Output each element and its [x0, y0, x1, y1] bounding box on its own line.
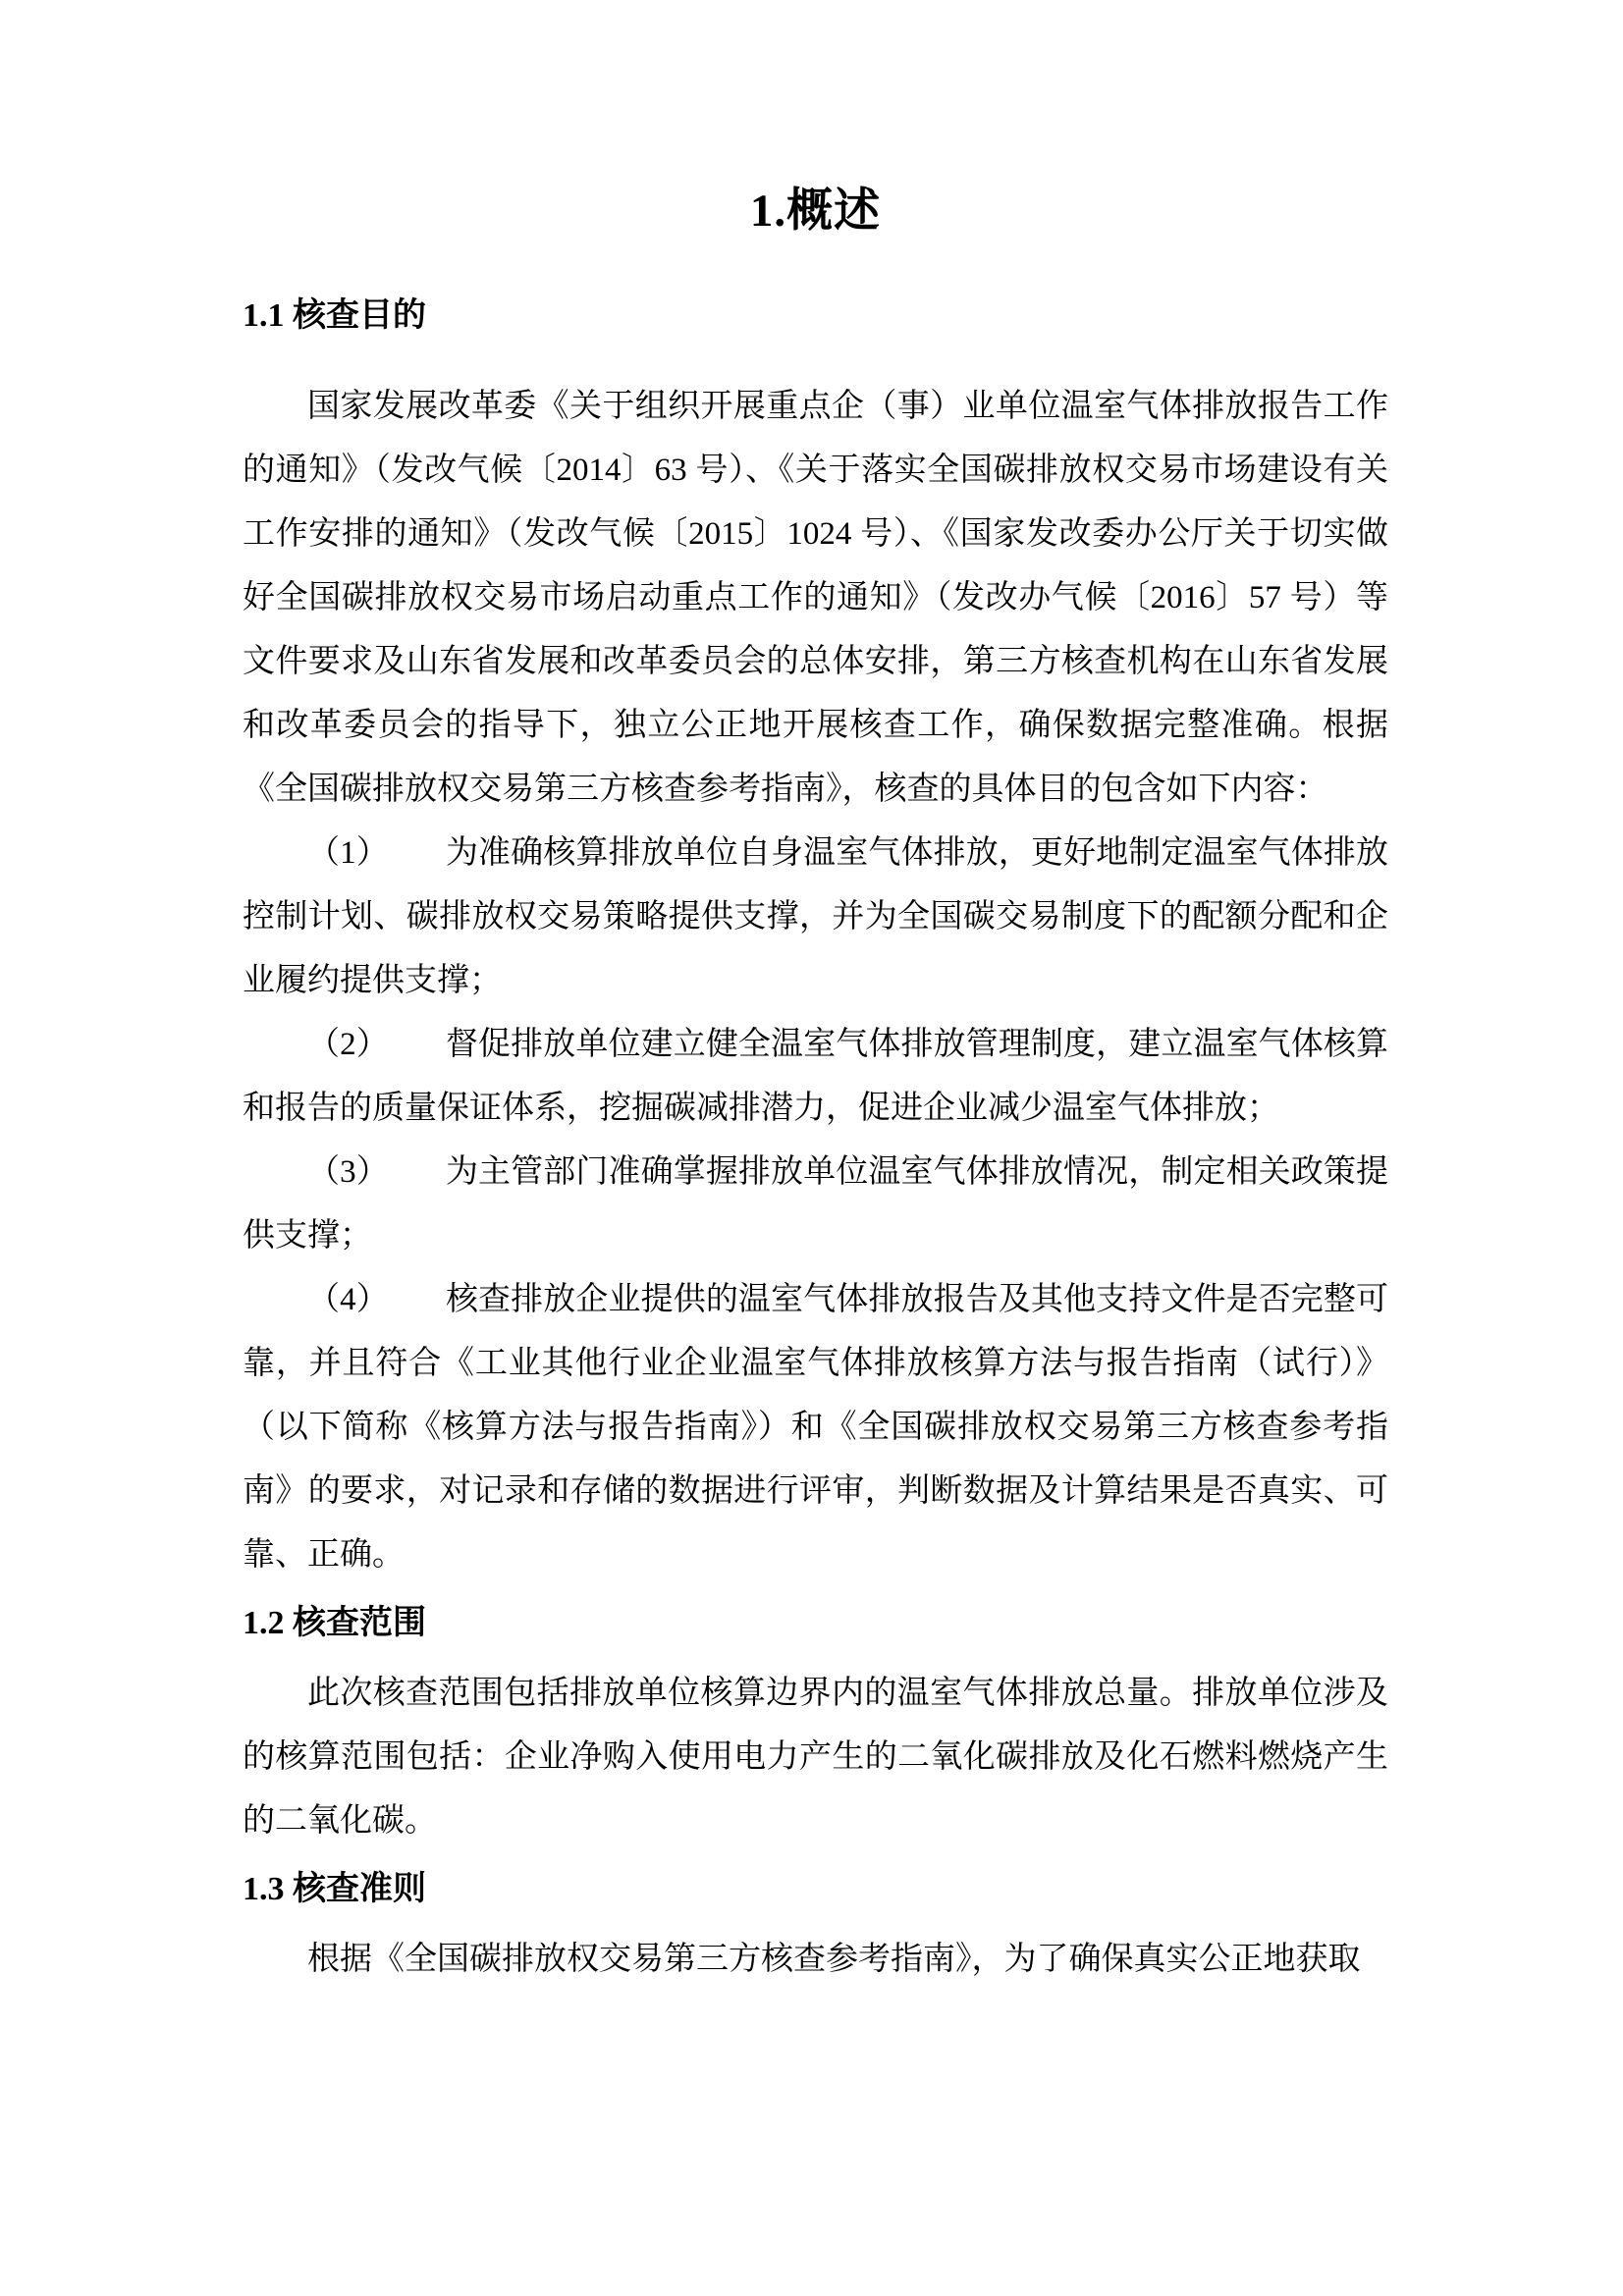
list-item-4-marker: （4） — [307, 1282, 389, 1317]
list-item-2-text: 督促排放单位建立健全温室气体排放管理制度，建立温室气体核算和报告的质量保证体系，… — [243, 1027, 1388, 1126]
document-page: 1.概述 1.1 核查目的 国家发展改革委《关于组织开展重点企（事）业单位温室气… — [0, 0, 1623, 2296]
section-heading-1-3: 1.3 核查准则 — [243, 1867, 1388, 1912]
list-item-3-text: 为主管部门准确掌握排放单位温室气体排放情况，制定相关政策提供支撑； — [243, 1154, 1388, 1254]
paragraph-verification-purpose: 国家发展改革委《关于组织开展重点企（事）业单位温室气体排放报告工作的通知》（发改… — [243, 375, 1388, 822]
paragraph-verification-criteria: 根据《全国碳排放权交易第三方核查参考指南》，为了确保真实公正地获取 — [243, 1928, 1388, 1992]
list-item-4: （4）核查排放企业提供的温室气体排放报告及其他支持文件是否完整可靠，并且符合《工… — [243, 1268, 1388, 1587]
list-item-4-text: 核查排放企业提供的温室气体排放报告及其他支持文件是否完整可靠，并且符合《工业其他… — [243, 1282, 1388, 1573]
paragraph-verification-scope: 此次核查范围包括排放单位核算边界内的温室气体排放总量。排放单位涉及的核算范围包括… — [243, 1662, 1388, 1853]
list-item-2: （2）督促排放单位建立健全温室气体排放管理制度，建立温室气体核算和报告的质量保证… — [243, 1013, 1388, 1141]
list-item-1-marker: （1） — [307, 835, 389, 871]
list-item-3: （3）为主管部门准确掌握排放单位温室气体排放情况，制定相关政策提供支撑； — [243, 1141, 1388, 1268]
list-item-3-marker: （3） — [307, 1154, 389, 1190]
section-heading-1-2: 1.2 核查范围 — [243, 1601, 1388, 1646]
list-item-1: （1）为准确核算排放单位自身温室气体排放，更好地制定温室气体排放控制计划、碳排放… — [243, 822, 1388, 1013]
section-heading-1-1: 1.1 核查目的 — [243, 294, 1388, 339]
list-item-1-text: 为准确核算排放单位自身温室气体排放，更好地制定温室气体排放控制计划、碳排放权交易… — [243, 835, 1388, 998]
list-item-2-marker: （2） — [307, 1027, 389, 1062]
page-title: 1.概述 — [243, 183, 1388, 240]
